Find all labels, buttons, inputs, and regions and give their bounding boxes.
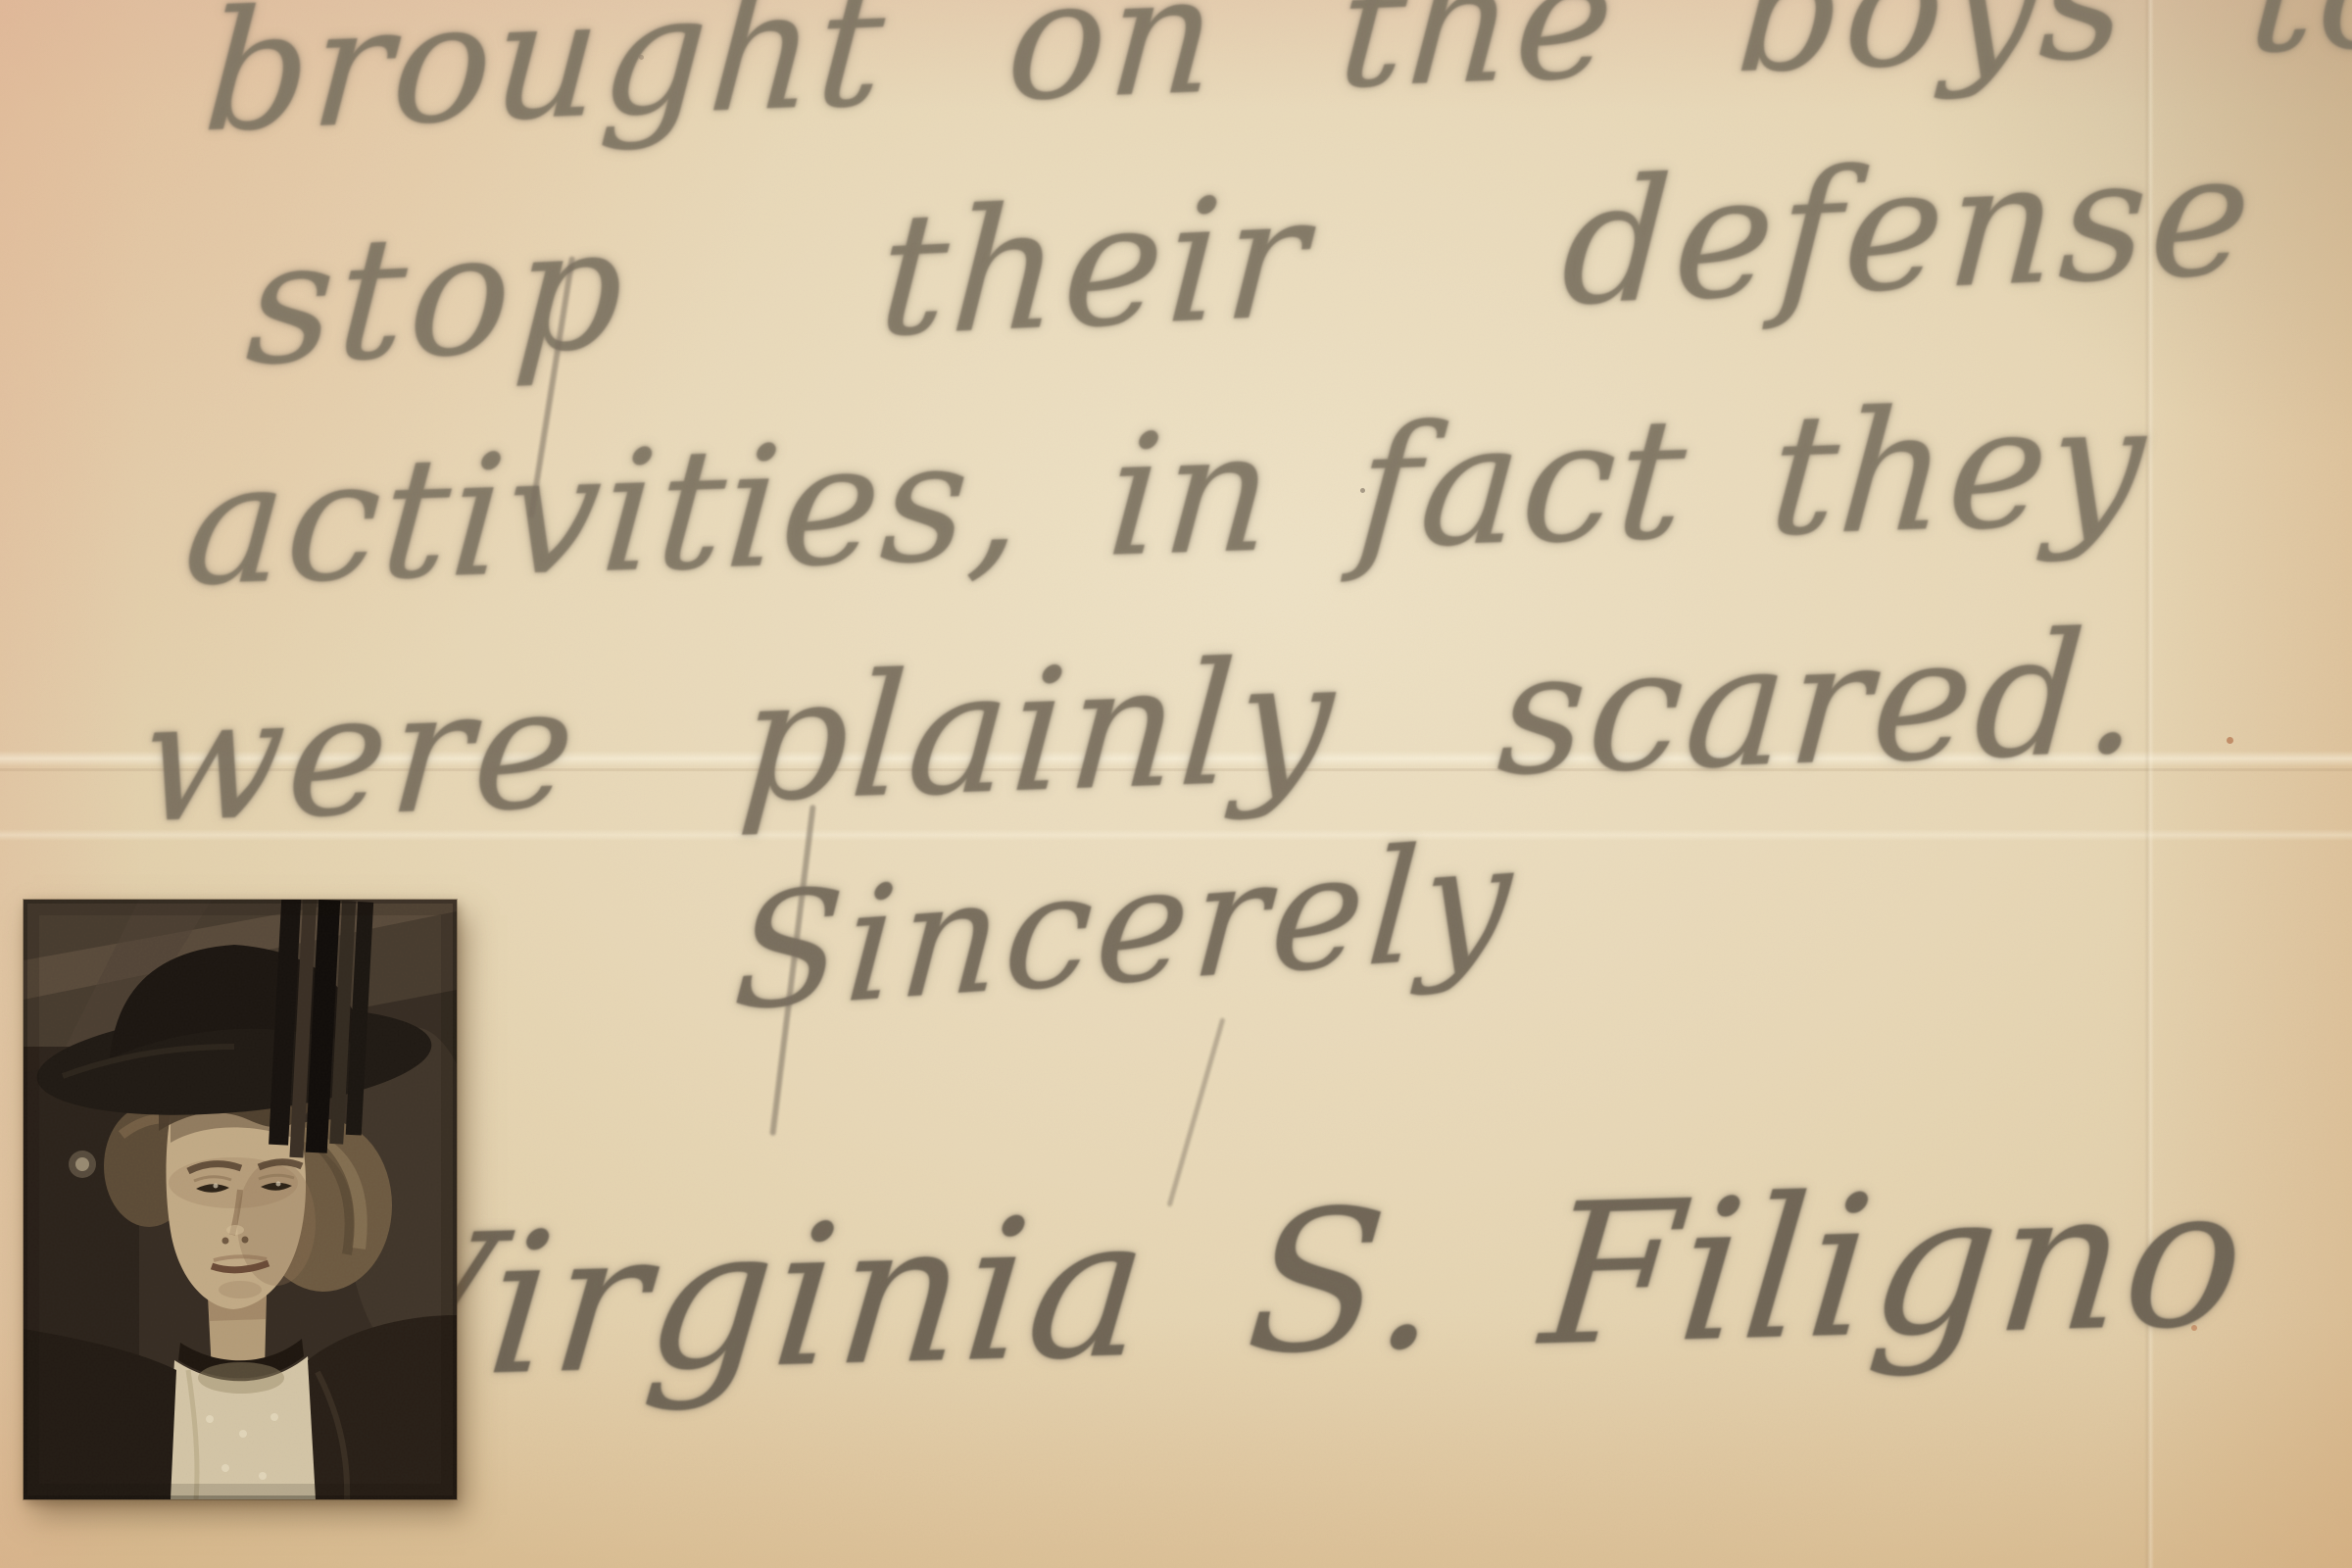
dark-speck [1360, 488, 1365, 493]
rust-speck [2191, 1325, 2197, 1331]
hat-ribbons [268, 900, 373, 1160]
handwriting-signature: Virginia S. Filigno [342, 1159, 2254, 1407]
dark-speck [639, 55, 644, 60]
rust-speck [2227, 737, 2233, 744]
portrait-photo [24, 900, 457, 1499]
letter-photo-scene: brought on the boys to stop their defens… [0, 0, 2352, 1568]
portrait-illustration [24, 900, 457, 1499]
lace-collar [167, 1356, 323, 1499]
